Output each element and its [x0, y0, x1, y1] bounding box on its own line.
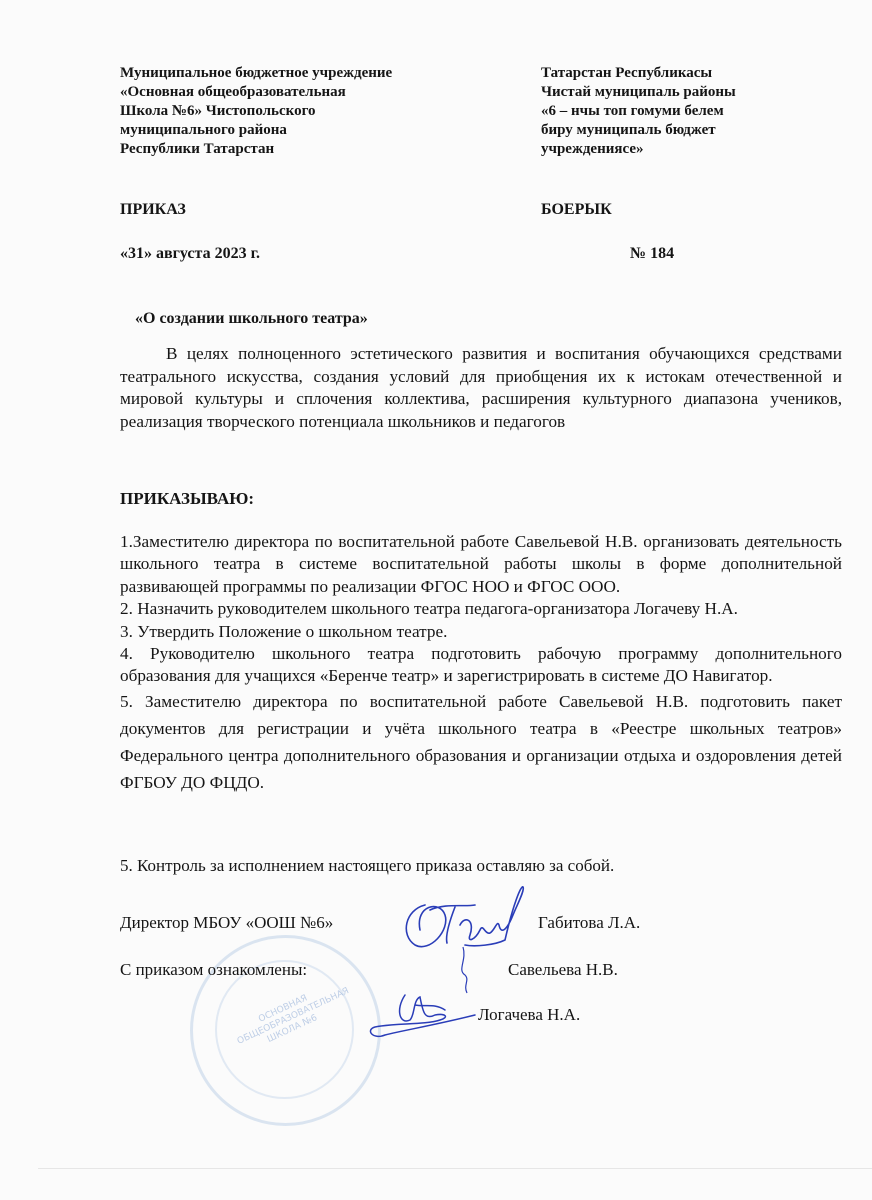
header-left-line: «Основная общеобразовательная [120, 83, 392, 102]
logacheva-signature-icon [365, 985, 485, 1045]
header-left-line: муниципального района [120, 121, 392, 140]
header-right-line: Татарстан Республикасы [541, 64, 736, 83]
header-left-institution: Муниципальное бюджетное учреждение «Осно… [120, 64, 392, 159]
header-left-line: Республики Татарстан [120, 140, 392, 159]
director-name: Габитова Л.А. [538, 913, 640, 933]
order-title-ru: ПРИКАЗ [120, 201, 186, 219]
order-date: «31» августа 2023 г. [120, 245, 260, 263]
control-statement: 5. Контроль за исполнением настоящего пр… [120, 856, 614, 876]
header-right-line: биру муниципаль бюджет [541, 121, 736, 140]
director-title: Директор МБОУ «ООШ №6» [120, 913, 333, 933]
order-subject: «О создании школьного театра» [135, 310, 368, 328]
order-item-1: 1.Заместителю директора по воспитательно… [120, 531, 842, 598]
header-left-line: Муниципальное бюджетное учреждение [120, 64, 392, 83]
director-signature-icon [395, 885, 545, 995]
order-item-3: 3. Утвердить Положение о школьном театре… [120, 621, 842, 643]
order-word: ПРИКАЗЫВАЮ: [120, 489, 254, 509]
order-item-4: 4. Руководителю школьного театра подгото… [120, 643, 842, 688]
acquainted-name-2: Логачева Н.А. [478, 1005, 580, 1025]
order-items-list: 1.Заместителю директора по воспитательно… [120, 531, 842, 796]
preamble-paragraph: В целях полноценного эстетического разви… [120, 343, 842, 433]
order-title-tt: БОЕРЫК [541, 201, 612, 219]
header-right-line: Чистай муниципаль районы [541, 83, 736, 102]
order-number: № 184 [630, 245, 674, 263]
header-right-line: «6 – нчы топ гомуми белем [541, 102, 736, 121]
header-left-line: Школа №6» Чистопольского [120, 102, 392, 121]
header-right-institution: Татарстан Республикасы Чистай муниципаль… [541, 64, 736, 159]
header-right-line: учреждениясе» [541, 140, 736, 159]
page-edge-line [38, 1168, 872, 1169]
acquainted-label: С приказом ознакомлены: [120, 960, 307, 980]
document-page: Муниципальное бюджетное учреждение «Осно… [0, 0, 872, 1200]
order-item-2: 2. Назначить руководителем школьного теа… [120, 598, 842, 620]
order-item-5: 5. Заместителю директора по воспитательн… [120, 688, 842, 796]
